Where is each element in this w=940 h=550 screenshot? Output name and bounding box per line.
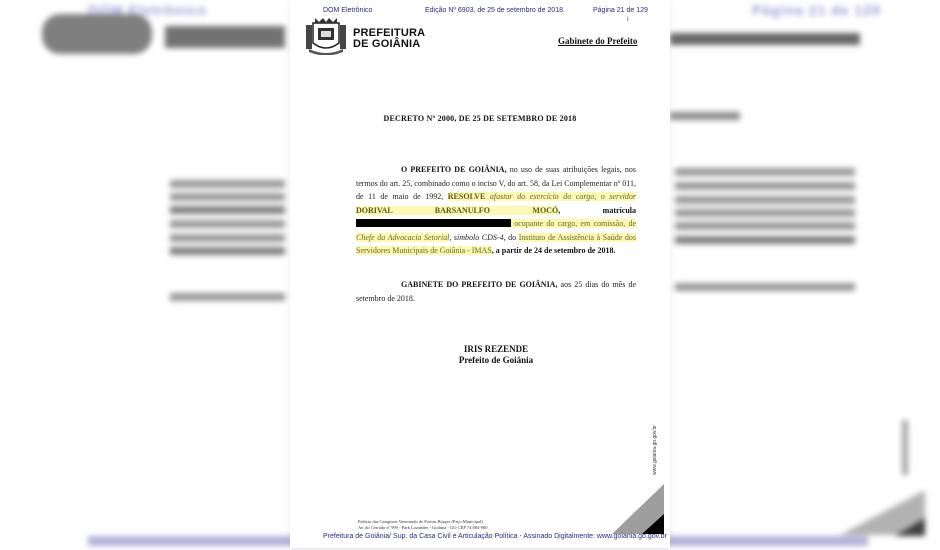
signer-name: IRIS REZENDE [290,344,702,355]
bg-line [170,180,285,188]
bg-line [675,209,855,217]
decree-symbol: , símbolo CDS-4 [449,233,503,242]
bg-line [170,193,285,201]
bg-title [670,112,740,120]
signer-title: Prefeito de Goiânia [290,355,702,366]
servant-name: DORIVAL BARSANULFO MOCÓ [356,206,558,215]
org-name: PREFEITURA DE GOIÂNIA [353,28,425,50]
bg-line [170,220,285,228]
decree-subject: O PREFEITO DE GOIÂNIA, [401,165,507,174]
bg-section [670,33,860,45]
page-number: Página 21 de 129 [593,7,648,14]
decree-title: DECRETO Nº 2000, DE 25 DE SETEMBRO DE 20… [290,114,670,123]
decree-resolve: RESOLVE [448,192,486,201]
publication-name: DOM Eletrônico [323,7,372,14]
section-title: Gabinete do Prefeito [558,36,637,46]
address-block: Palácio das Campinas Venerando de Freita… [358,519,487,530]
vertical-url: www.goiania.go.gov.br [652,425,658,475]
address-line2: Av. do Cerrado nº 999 - Park Lozandes - … [358,525,487,531]
bg-line [675,236,855,244]
bg-line [170,234,285,242]
bg-line [675,283,855,291]
decree-occupant: ocupante do cargo, em comissão, de [511,219,636,228]
signature-block: IRIS REZENDE Prefeito de Goiânia [290,344,702,366]
bg-corner-triangle-dark [895,518,925,536]
signed-footer: Prefeitura de Goiânia/ Sup. da Casa Civi… [323,533,667,540]
bg-corner-triangle [840,490,925,535]
document-page: DOM Eletrônico Edição Nº 6903, de 25 de … [290,0,670,548]
page-mark: I [627,17,629,23]
bg-header-right: Página 21 de 129 [752,2,881,18]
edition-info: Edição Nº 6903, de 25 de setembro de 201… [425,7,565,14]
decree-body: O PREFEITO DE GOIÂNIA, no uso de suas at… [356,163,636,258]
bg-line [170,247,285,255]
bg-line [170,293,285,301]
bg-header-left: DOM Eletrônico [88,2,207,18]
goiania-coat-of-arms-icon [303,15,349,55]
bg-vertical-url [902,420,908,475]
bg-logo [42,14,152,54]
org-name-line2: DE GOIÂNIA [353,39,425,50]
address-line1: Palácio das Campinas Venerando de Freita… [358,519,487,525]
bg-line [675,196,855,204]
decree-of: , do [504,233,519,242]
bg-line [675,168,855,176]
corner-triangle-black [642,514,664,534]
bg-line [675,222,855,230]
decree-role: Chefe da Advocacia Setorial [356,233,449,242]
bg-line [170,206,285,214]
matricula-label: , matrícula [558,206,636,215]
decree-effective: , a partir de 24 de setembro de 2018. [492,246,616,255]
closing-place: GABINETE DO PREFEITO DE GOIÂNIA, [401,280,557,289]
decree-closing: GABINETE DO PREFEITO DE GOIÂNIA, aos 25 … [356,278,636,305]
bg-logo-text [165,26,285,48]
bg-line [675,182,855,190]
redacted-matricula [356,219,511,227]
decree-action: afastar do exercício do cargo, o servido… [485,192,636,201]
